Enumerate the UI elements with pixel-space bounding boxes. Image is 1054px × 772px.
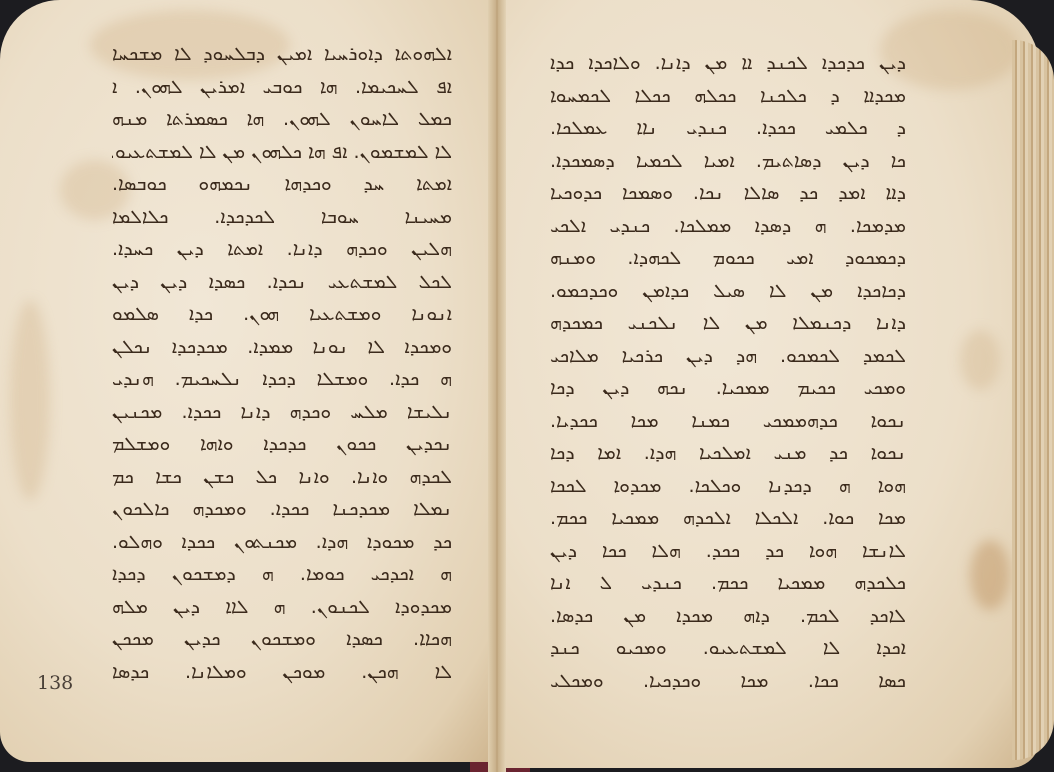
text-line: ܗܘܐ ܗ ܕܟܕܢܐ ܘܟܠܟܐ. ܡܟܕܘܐ ܠܟܟܐ — [550, 470, 906, 503]
text-line: ܕܟܐܟܕܐ ܡܢ ܠܐ ܣܝܠ ܟܕܐܡܢ ܘܟܕܟܡܘ. — [550, 275, 906, 308]
text-line: ܟܡܠ ܠܐܚܘܢ ܠܗܘܢ. ܗܐ ܟܣܡܪܬܐ ܡܢܗ — [112, 103, 452, 136]
book-gutter — [488, 0, 506, 772]
text-line: ܐܠܗܘܬܐ ܕܐܘܪܚܝܐ ܐܡܝܢ ܕܒܠܚܘܕ ܠܐ ܡܫܟܚܐ — [112, 38, 452, 71]
text-line: ܢܡܠܐ ܡܟܕܟܢܐ ܟܟܕܐ. ܘܡܟܕܗ ܟܐܠܟܘܢ — [112, 493, 452, 526]
text-line: ܘܡܟܕܐ ܠܐ ܢܘܢܐ ܡܡܕܐ. ܡܟܕܟܕܐ ܢܟܠܢ — [112, 331, 452, 364]
text-line: ܐܟܕܐ ܠܐ ܠܡܫܬܥܝܘ. ܘܡܟܝܘ ܟܢܕ — [550, 632, 906, 665]
text-line: ܡܚܝܢܐ ܚܘܒܐ ܠܟܕܟܕܐ. ܟܠܐܠܡܐ — [112, 201, 452, 234]
text-line: ܗ ܐܟܕܟܝ ܟܘܡܐ. ܗ ܕܡܫܟܘܢ ܕܟܕܐ — [112, 558, 452, 591]
text-line: ܕܐܐ ܐܡܕ ܟܕ ܣܐܠܐ ܢܟܐ. ܘܣܡܟܐ ܟܕܘܟܝܐ — [550, 177, 906, 210]
text-line: ܗܟܐܐ. ܟܣܕܐ ܘܡܫܟܘܢ ܟܕܝܢ ܡܟܟܢ — [112, 623, 452, 656]
text-line: ܢܟܕܝܢ ܟܟܘܢ ܟܕܟܕܐ ܘܐܗܐ ܘܡܫܠܡ — [112, 428, 452, 461]
text-line: ܡܟܕܐܐ ܕ ܟܠܟܢܐ ܟܟܠܗ ܟܟܠܐ ܠܟܡܚܘܐ — [550, 80, 906, 113]
text-line: ܕ ܟܠܡܝ ܟܟܕܐ. ܟܢܕܝ ܢܐܐ ܥܡܠܟܐ. — [550, 112, 906, 145]
folio-number: 138 — [37, 672, 73, 694]
text-line: ܠܟܕܗ ܘܐܢܐ. ܘܐܢܐ ܟܠ ܟܫܢ ܟܫܐ ܟܡ — [112, 461, 452, 494]
text-line: ܡܕܡܟܐ. ܗ ܕܣܕܐ ܡܡܠܟܐ. ܟܢܕܝ ܐܠܟܝ — [550, 210, 906, 243]
left-text-block: ܐܠܗܘܬܐ ܕܐܘܪܚܝܐ ܐܡܝܢ ܕܒܠܚܘܕ ܠܐ ܡܫܟܚܐ ܐܦ ܠ… — [112, 38, 452, 688]
water-stain — [10, 300, 50, 500]
text-line: ܕܟܡܟܘܕ ܐܡܝ ܟܟܘܡ ܠܟܗܕܐ. ܘܡܢܗ — [550, 242, 906, 275]
text-line: ܘܡܟܝ ܟܟܝܡ ܡܡܟܝܐ. ܢܟܗ ܕܝܢ ܕܟܐ — [550, 372, 906, 405]
text-line: ܐܦ ܠܚܟܝܡܐ. ܗܐ ܟܘܒܝ ܐܡܪܝܢ ܠܗܘܢ. ܐ — [112, 71, 452, 104]
text-line: ܗܠܝܢ ܘܟܕܗ ܕܐܢܐ. ܐܡܬܐ ܕܝܢ ܟܚܕܐ. — [112, 233, 452, 266]
text-line: ܡܟܕܘܕܐ ܠܟܢܘܢ. ܗ ܠܐܐ ܕܝܢ ܡܠܗ — [112, 591, 452, 624]
left-page: ܐܠܗܘܬܐ ܕܐܘܪܚܝܐ ܐܡܝܢ ܕܒܠܚܘܕ ܠܐ ܡܫܟܚܐ ܐܦ ܠ… — [0, 0, 500, 762]
water-stain — [970, 540, 1010, 610]
text-line: ܡܟܐ ܟܘܐ. ܐܠܟܠܐ ܐܠܟܕܗ ܡܡܟܝܐ ܟܟܡ. — [550, 502, 906, 535]
text-line: ܢܟܘܐ ܟܕ ܡܢܝ ܐܡܠܟܝܐ ܗܕܐ. ܐܡܐ ܕܟܐ — [550, 437, 906, 470]
text-line: ܕܝܢ ܟܕܟܕܐ ܠܟܢܕ ܐܐ ܡܢ ܕܐܢܐ. ܘܠܐܟܕܐ ܟܕܐ — [550, 47, 906, 80]
open-manuscript: ܐܠܗܘܬܐ ܕܐܘܪܚܝܐ ܐܡܝܢ ܕܒܠܚܘܕ ܠܐ ܡܫܟܚܐ ܐܦ ܠ… — [0, 0, 1054, 772]
text-line: ܢܠܝܫܐ ܡܠܚ ܘܟܕܗ ܕܐܢܐ ܟܟܕܐ. ܡܟܢܝܢ — [112, 396, 452, 429]
right-text-block: ܕܝܢ ܟܕܟܕܐ ܠܟܢܕ ܐܐ ܡܢ ܕܐܢܐ. ܘܠܐܟܕܐ ܟܕܐ ܡܟ… — [550, 47, 906, 697]
text-line: ܕܐܢܐ ܕܟܢܡܠܐ ܡܢ ܠܐ ܢܠܟܢܝ ܟܡܟܕܗ — [550, 307, 906, 340]
text-line: ܟܣܐ ܟܟܐ. ܡܟܐ ܘܟܕܟܝܐ. ܘܡܟܠܝ — [550, 665, 906, 698]
text-line: ܐܢܘܢܐ ܘܡܫܬܥܝܐ ܗܘܢ. ܟܕܐ ܣܠܡܘ — [112, 298, 452, 331]
water-stain — [960, 330, 1000, 390]
text-line: ܠܐ ܠܡܫܡܘܢ. ܐܦ ܗܐ ܟܠܗܘܢ ܡܢ ܠܐ ܠܡܫܬܥܝܘ. — [112, 136, 452, 169]
text-line: ܟܐ ܕܝܢ ܕܣܐܬܝܡ. ܐܡܝܐ ܠܟܡܝܐ ܕܣܡܟܕܐ. — [550, 145, 906, 178]
text-line: ܟܠܟܕܗ ܡܡܟܝܐ ܟܟܡ. ܟܢܕܝ ܠ ܐܢܐ — [550, 567, 906, 600]
text-line: ܟܕ ܡܟܘܕܐ ܗܕܐ. ܡܟܢܬܘܢ ܟܟܕܐ ܘܗܠܘ. — [112, 526, 452, 559]
text-line: ܠܐ ܗܟܢ. ܡܘܟܢ ܘܡܠܐܢܐ. ܟܕܣܐ — [112, 656, 452, 689]
text-line: ܐܡܬܐ ܚܕ ܘܟܕܗܐ ܢܟܡܗܘ ܟܘܒܣܐ. — [112, 168, 452, 201]
text-line: ܗ ܟܕܐ. ܘܡܫܠܐ ܕܟܕܐ ܢܠܚܟܝܡ. ܗܢܕܝ — [112, 363, 452, 396]
page-fore-edge — [1012, 40, 1054, 760]
text-line: ܠܐܢܫܐ ܗܘܐ ܟܕ ܟܟܕ. ܗܠܐ ܟܟܐ ܕܝܢ — [550, 535, 906, 568]
text-line: ܠܟܠ ܠܡܫܬܥܝ ܢܟܕܐ. ܟܣܕܐ ܕܝܢ ܕܝܢ — [112, 266, 452, 299]
text-line: ܠܟܡܕ ܠܟܡܟܘ. ܗܕ ܕܝܢ ܟܪܟܝܐ ܡܠܐܟܝ — [550, 340, 906, 373]
text-line: ܢܟܘܐ ܟܕܗܡܡܟܝ ܟܡܢܐ ܡܟܐ ܟܟܕܝܐ. — [550, 405, 906, 438]
text-line: ܠܐܟܕ ܠܟܡ. ܕܐܗ ܡܟܕܐ ܡܢ ܟܕܣܐ. — [550, 600, 906, 633]
right-page: ܕܝܢ ܟܕܟܕܐ ܠܟܢܕ ܐܐ ܡܢ ܕܐܢܐ. ܘܠܐܟܕܐ ܟܕܐ ܡܟ… — [500, 0, 1040, 768]
